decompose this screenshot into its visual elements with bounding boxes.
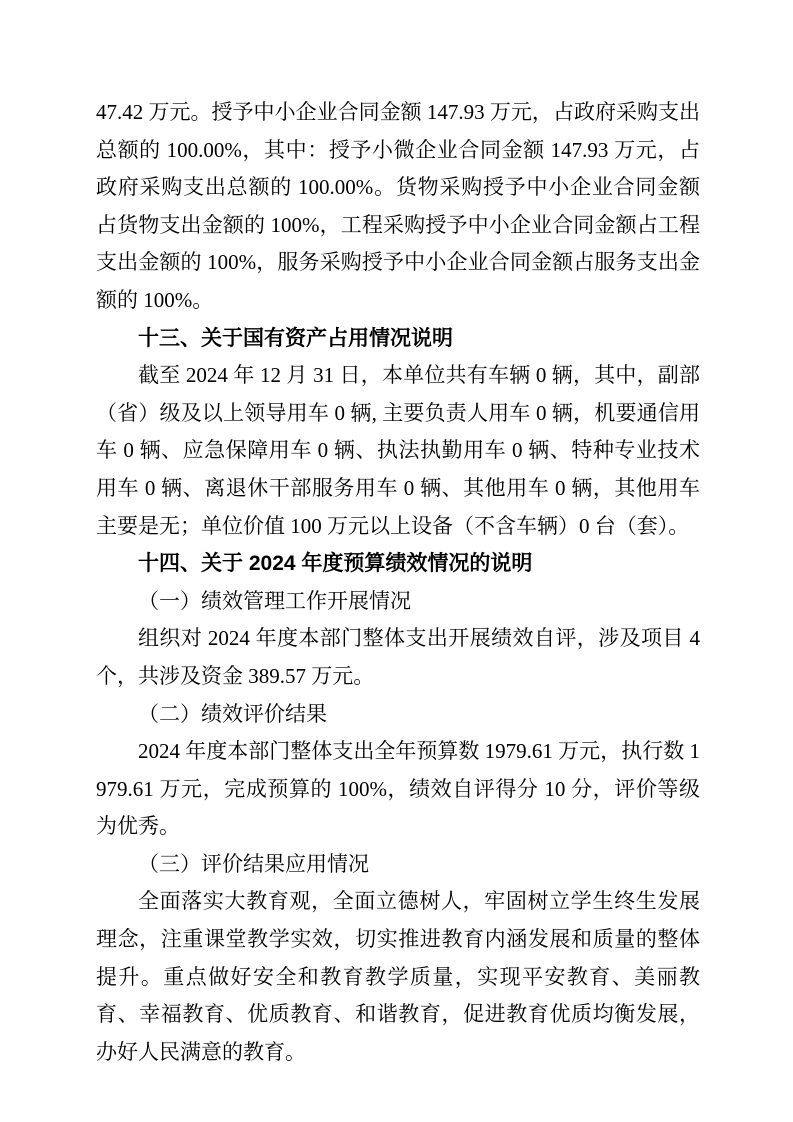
section-heading-14: 十四、关于 2024 年度预算绩效情况的说明 (96, 545, 700, 583)
paragraph-state-assets: 截至 2024 年 12 月 31 日，本单位共有车辆 0 辆，其中，副部（省）… (96, 357, 700, 545)
paragraph-procurement-continuation: 47.42 万元。授予中小企业合同金额 147.93 万元，占政府采购支出总额的… (96, 94, 700, 320)
section-heading-13: 十三、关于国有资产占用情况说明 (96, 320, 700, 358)
sub-heading-evaluation-result: （二）绩效评价结果 (96, 696, 700, 734)
sub-heading-performance-management: （一）绩效管理工作开展情况 (96, 583, 700, 621)
paragraph-evaluation-result: 2024 年度本部门整体支出全年预算数 1979.61 万元，执行数 1979.… (96, 733, 700, 846)
sub-heading-result-application: （三）评价结果应用情况 (96, 846, 700, 884)
paragraph-result-application: 全面落实大教育观，全面立德树人，牢固树立学生终生发展理念，注重课堂教学实效，切实… (96, 883, 700, 1071)
document-page: 47.42 万元。授予中小企业合同金额 147.93 万元，占政府采购支出总额的… (0, 0, 793, 1122)
paragraph-performance-management: 组织对 2024 年度本部门整体支出开展绩效自评，涉及项目 4 个，共涉及资金 … (96, 620, 700, 695)
